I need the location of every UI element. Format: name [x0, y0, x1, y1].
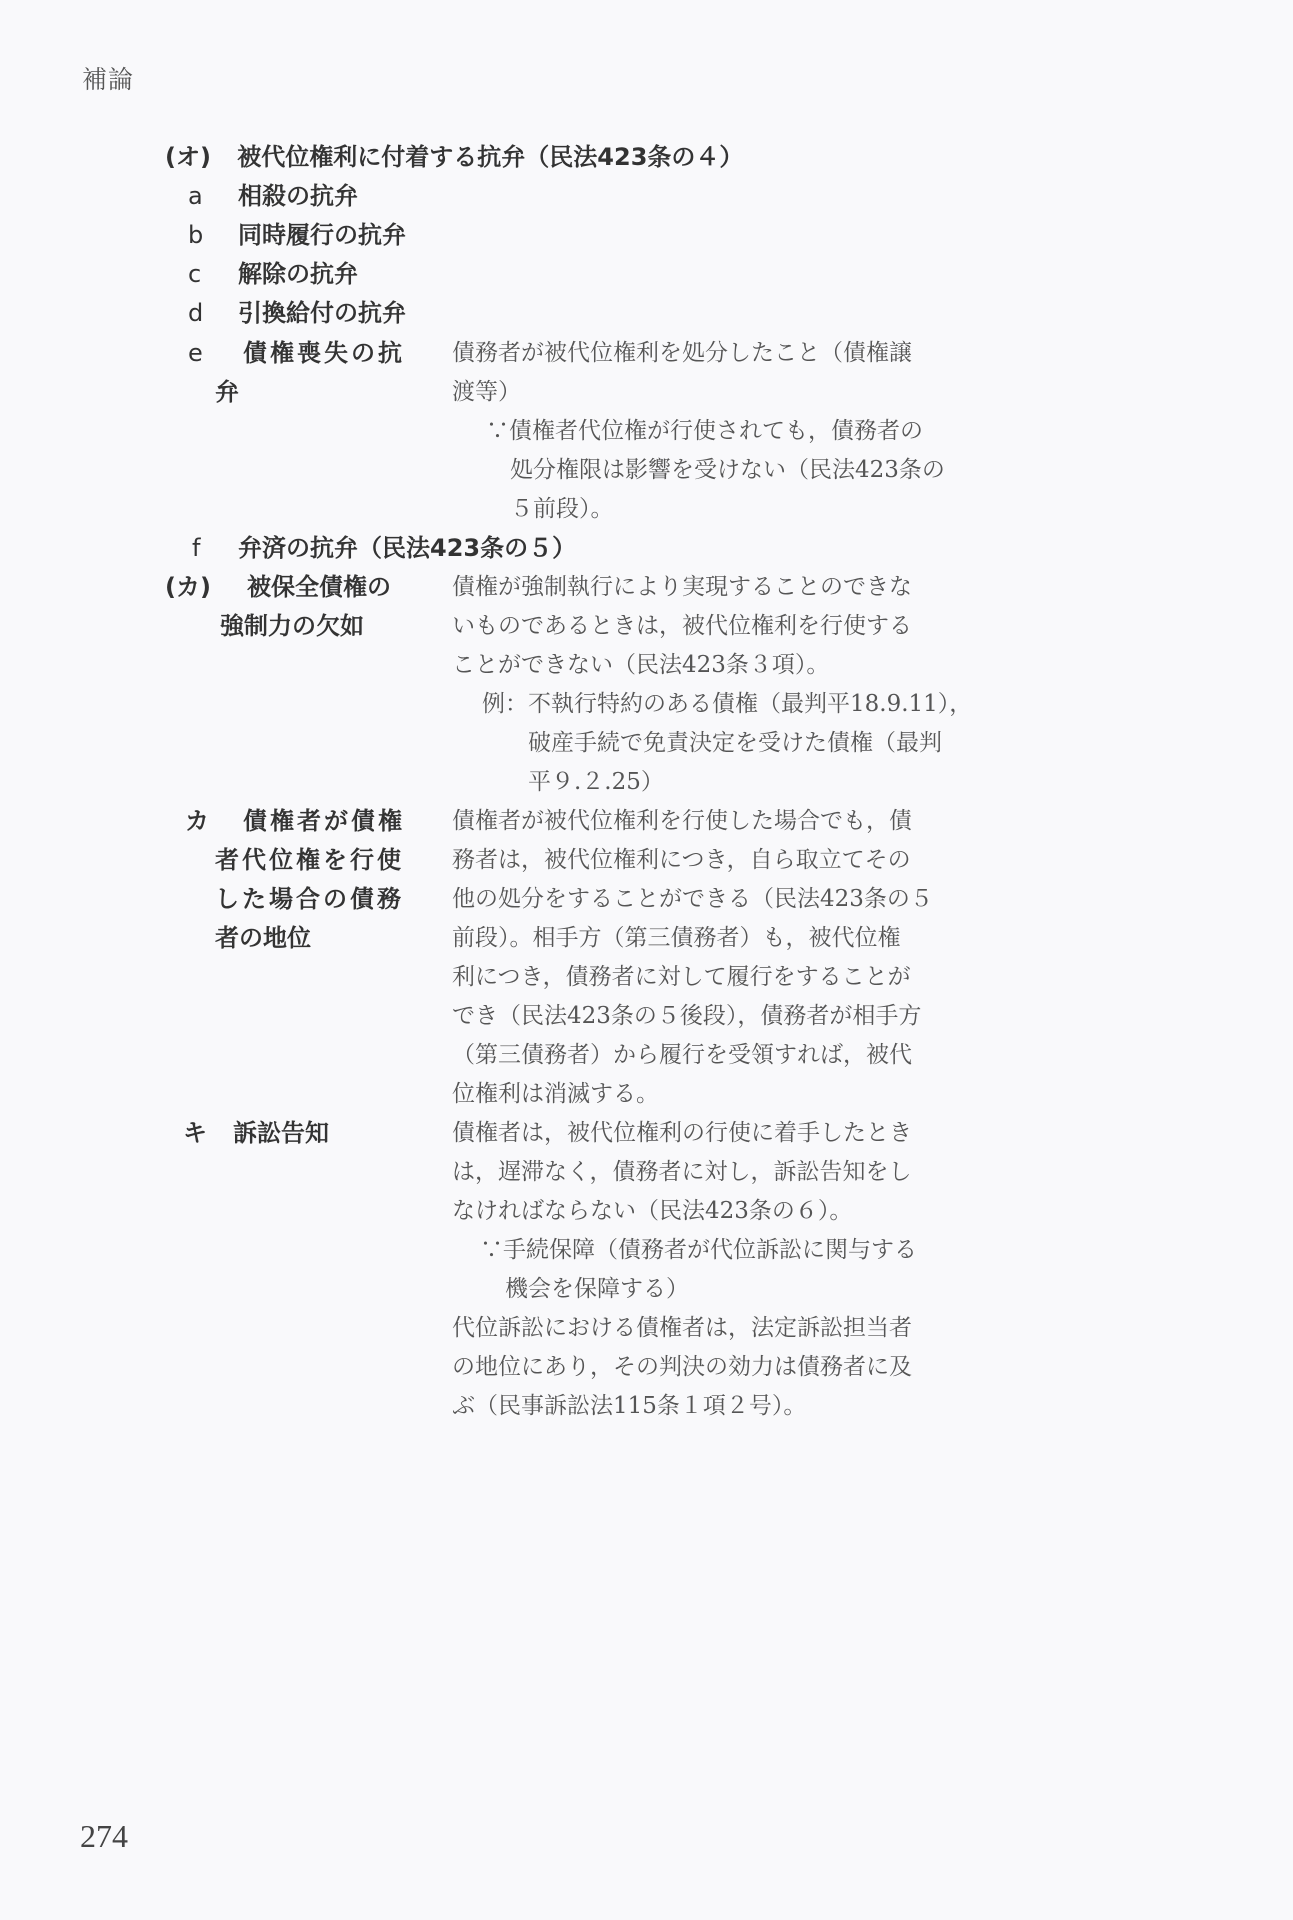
item-marker: カ	[185, 802, 209, 841]
item-marker: e	[188, 334, 203, 373]
item-label: 解除の抗弁	[238, 260, 358, 288]
note-text: ５前段）。	[510, 490, 614, 529]
body-text: 前段）。相手方（第三債務者）も，被代位権	[452, 919, 901, 958]
item-label: 弁	[215, 373, 239, 412]
body-text: 代位訴訟における債権者は，法定訴訟担当者	[452, 1309, 912, 1348]
item-marker: c	[188, 255, 238, 294]
body-text: 債務者が被代位権利を処分したこと（債権譲	[452, 334, 912, 373]
item-label: 相殺の抗弁	[238, 182, 358, 210]
body-text: ぶ（民事訴訟法115条１項２号）。	[452, 1387, 806, 1426]
running-header: 補論	[82, 60, 134, 96]
item-label: 者の地位	[215, 919, 311, 958]
item-marker: f	[192, 529, 238, 568]
note-text: 処分権限は影響を受けない（民法423条の	[510, 451, 945, 490]
body-text: 利につき，債務者に対して履行をすることが	[452, 958, 911, 997]
body-text: 他の処分をすることができる（民法423条の５	[452, 880, 933, 919]
note-text: 機会を保障する）	[505, 1270, 689, 1309]
item-a: a相殺の抗弁	[188, 177, 358, 216]
item-label: 債権喪失の抗	[243, 334, 405, 373]
item-b: b同時履行の抗弁	[188, 216, 406, 255]
body-text: 位権利は消滅する。	[452, 1075, 659, 1114]
note-text: ∵手続保障（債務者が代位訴訟に関与する	[480, 1231, 917, 1270]
item-f: f弁済の抗弁（民法423条の５）	[192, 529, 576, 568]
body-text: ことができない（民法423条３項）。	[452, 646, 829, 685]
body-text: の地位にあり，その判決の効力は債務者に及	[452, 1348, 912, 1387]
item-marker: d	[188, 294, 238, 333]
item-o: (オ) 被代位権利に付着する抗弁（民法423条の４）	[165, 138, 743, 177]
item-label: 被保全債権の	[247, 568, 391, 607]
item-label: 強制力の欠如	[220, 607, 364, 646]
item-label: 引換給付の抗弁	[238, 299, 406, 327]
body-text: 渡等）	[452, 373, 521, 412]
body-text: （第三債務者）から履行を受領すれば，被代	[452, 1036, 912, 1075]
item-marker: (カ)	[165, 568, 211, 607]
item-label: 訴訟告知	[233, 1114, 329, 1153]
body-text: でき（民法423条の５後段），債務者が相手方	[452, 997, 921, 1036]
item-label: 同時履行の抗弁	[238, 221, 406, 249]
item-marker: キ	[183, 1114, 207, 1153]
body-text: いものであるときは，被代位権利を行使する	[452, 607, 912, 646]
body-text: なければならない（民法423条の６）。	[452, 1192, 852, 1231]
note-text: 平９.２.25）	[528, 763, 664, 802]
item-d: d引換給付の抗弁	[188, 294, 406, 333]
body-text: は，遅滞なく，債務者に対し，訴訟告知をし	[452, 1153, 912, 1192]
page-number: 274	[80, 1818, 128, 1855]
item-c: c解除の抗弁	[188, 255, 358, 294]
item-marker: b	[188, 216, 238, 255]
body-text: 債権者は，被代位権利の行使に着手したとき	[452, 1114, 912, 1153]
body-text: 債権者が被代位権利を行使した場合でも，債	[452, 802, 912, 841]
item-label: 弁済の抗弁（民法423条の５）	[238, 534, 576, 562]
note-text: ∵債権者代位権が行使されても，債務者の	[486, 412, 923, 451]
body-text: 債権が強制執行により実現することのできな	[452, 568, 912, 607]
item-label: した場合の債務	[215, 880, 404, 919]
note-text: 破産手続で免責決定を受けた債権（最判	[528, 724, 942, 763]
item-marker: (オ)	[165, 143, 211, 171]
item-label: 被代位権利に付着する抗弁（民法423条の４）	[237, 143, 743, 171]
body-text: 務者は，被代位権利につき，自ら取立てその	[452, 841, 911, 880]
note-text: 例：不執行特約のある債権（最判平18.9.11），	[482, 685, 972, 724]
item-label: 債権者が債権	[243, 802, 405, 841]
item-marker: a	[188, 177, 238, 216]
item-label: 者代位権を行使	[215, 841, 404, 880]
